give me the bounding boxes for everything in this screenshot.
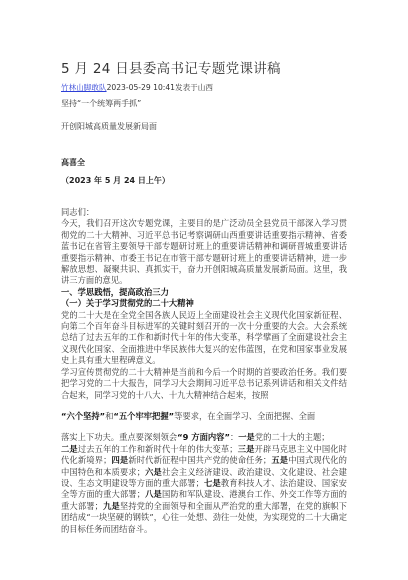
item-text: 新时代新征程中国共产党的使命任务； — [128, 455, 271, 465]
subsection-heading-1-1: （一）关于学习贯彻党的二十大精神 — [61, 298, 347, 309]
item-text: 过去五年的工作和新时代十年的伟大变革； — [78, 444, 238, 454]
speech-date: （2023 年 5 月 24 日上午） — [61, 175, 170, 186]
paragraph-1: 党的二十大是在全党全国各族人民迈上全面建设社会主义现代化国家新征程、向第二个百年… — [61, 310, 347, 367]
item-label: 五是 — [271, 455, 288, 465]
section-heading-1: 一、学思践悟，提高政治三力 — [61, 287, 347, 298]
item-label: 九是 — [103, 501, 120, 511]
item-label: 二是 — [61, 444, 78, 454]
greeting: 同志们： — [61, 207, 347, 218]
article-page: 5 月 24 日县委高书记专题党课讲稿 竹林山脚敢队2023-05-29 10:… — [0, 0, 408, 580]
speaker-name: 高喜全 — [61, 157, 85, 168]
paragraph-3-text: 等要求，在全面学习、全面把握、全面 — [174, 411, 315, 421]
intro-paragraph: 今天，我们召开这次专题党课，主要目的是广泛动员全县党员干部深入学习贯彻党的二十大… — [61, 218, 347, 286]
paragraph-2: 学习宣传贯彻党的二十大精神是当前和今后一个时期的首要政治任务。我们要把学习党的二… — [61, 367, 347, 401]
publish-info: 2023-05-29 10:41发表于山西 — [107, 83, 213, 92]
article-meta: 竹林山脚敢队2023-05-29 10:41发表于山西 — [61, 82, 213, 93]
subtitle-2: 开创阳城高质量发展新局面 — [61, 121, 157, 132]
paragraph-3: “六个坚持”和“五个牢牢把握”等要求，在全面学习、全面把握、全面 — [61, 411, 347, 422]
paragraph-4: 落实上下功夫。重点要深刻领会“9 方面内容”：一是党的二十大的主题； — [61, 432, 347, 443]
article-title: 5 月 24 日县委高书记专题党课讲稿 — [61, 57, 281, 77]
item-label: 七是 — [204, 478, 221, 488]
item-label: 八是 — [145, 489, 162, 499]
six-adherences: “六个坚持” — [61, 411, 105, 421]
item-label-1: 一是 — [238, 432, 255, 442]
article-body: 同志们： 今天，我们召开这次专题党课，主要目的是广泛动员全县党员干部深入学习贯彻… — [61, 207, 347, 535]
paragraph-4-lead: 落实上下功夫。重点要深刻领会 — [61, 432, 177, 442]
item-label: 六是 — [145, 467, 162, 477]
items-paragraph: 二是过去五年的工作和新时代十年的伟大变革；三是开辟马克思主义中国化时代化新境界；… — [61, 444, 347, 535]
colon: ： — [230, 432, 238, 442]
nine-aspects: “9 方面内容” — [177, 432, 230, 442]
author-link[interactable]: 竹林山脚敢队 — [61, 83, 107, 92]
item-label: 三是 — [238, 444, 255, 454]
subtitle-1: 坚持“一个统筹两手抓” — [61, 98, 141, 109]
five-grasps: “五个牢牢把握” — [113, 411, 174, 421]
item-text-1: 党的二十大的主题； — [255, 432, 330, 442]
item-label: 四是 — [111, 455, 128, 465]
